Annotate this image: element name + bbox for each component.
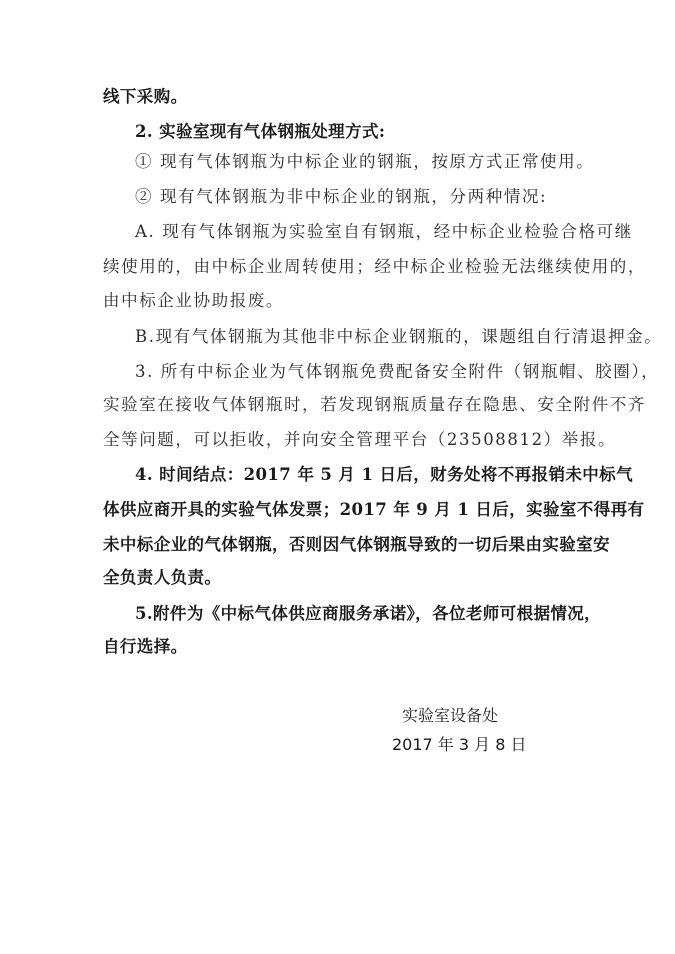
- section-2-heading: 2. 实验室现有气体钢瓶处理方式:: [135, 121, 613, 143]
- case-a-line-1: A. 现有气体钢瓶为实验室自有钢瓶，经中标企业检验合格可继: [135, 221, 613, 243]
- section-5-line-2: 自行选择。: [103, 636, 581, 658]
- section-3-line-2: 实验室在接收气体钢瓶时，若发现钢瓶质量存在隐患、安全附件不齐: [103, 394, 581, 416]
- case-b: B.现有气体钢瓶为其他非中标企业钢瓶的，课题组自行清退押金。: [135, 326, 613, 348]
- document-page: 线下采购。 2. 实验室现有气体钢瓶处理方式: ① 现有气体钢瓶为中标企业的钢瓶…: [0, 0, 675, 954]
- signature-date: 2017 年 3 月 8 日: [392, 735, 527, 755]
- item-2: ② 现有气体钢瓶为非中标企业的钢瓶，分两种情况:: [135, 186, 613, 208]
- section-4-line-3: 未中标企业的气体钢瓶，否则因气体钢瓶导致的一切后果由实验室安: [103, 534, 581, 556]
- section-3-line-1: 3. 所有中标企业为气体钢瓶免费配备安全附件（钢瓶帽、胶圈），: [135, 361, 613, 383]
- case-a-line-2: 续使用的，由中标企业周转使用；经中标企业检验无法继续使用的，: [103, 256, 581, 278]
- signature-department: 实验室设备处: [402, 706, 498, 726]
- case-a-line-3: 由中标企业协助报废。: [103, 290, 581, 312]
- section-4-line-4: 全负责人负责。: [103, 567, 581, 589]
- item-1: ① 现有气体钢瓶为中标企业的钢瓶，按原方式正常使用。: [135, 151, 613, 173]
- section-4-line-1: 4. 时间结点：2017 年 5 月 1 日后，财务处将不再报销未中标气: [135, 464, 613, 486]
- section-3-line-3: 全等问题，可以拒收，并向安全管理平台（23508812）举报。: [103, 429, 581, 451]
- section-4-line-2: 体供应商开具的实验气体发票；2017 年 9 月 1 日后，实验室不得再有: [103, 499, 581, 521]
- line-procurement-end: 线下采购。: [103, 86, 581, 108]
- section-5-line-1: 5.附件为《中标气体供应商服务承诺》，各位老师可根据情况，: [135, 603, 613, 625]
